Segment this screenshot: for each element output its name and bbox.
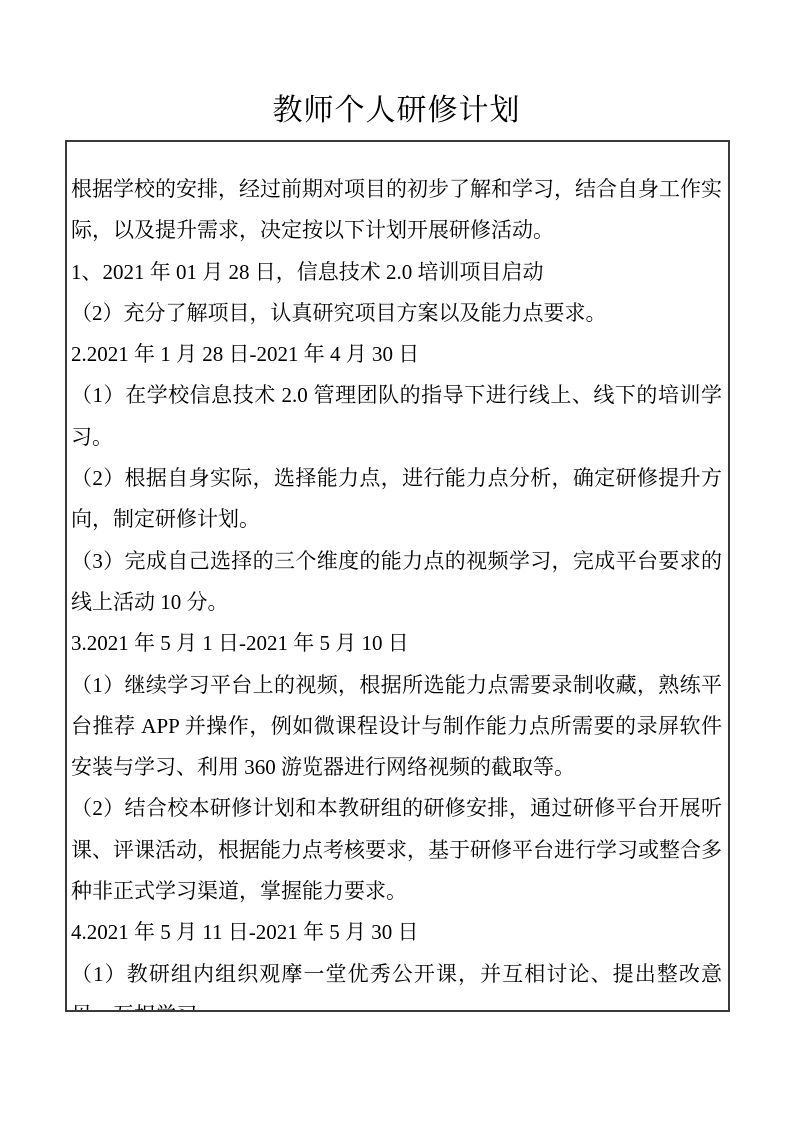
paragraph-5: （1）在学校信息技术 2.0 管理团队的指导下进行线上、线下的培训学习。 [71, 375, 722, 458]
document-title: 教师个人研修计划 [0, 93, 793, 129]
paragraph-7: （3）完成自己选择的三个维度的能力点的视频学习，完成平台要求的线上活动 10 分… [71, 541, 722, 624]
paragraph-6: （2）根据自身实际，选择能力点，进行能力点分析，确定研修提升方向，制定研修计划。 [71, 458, 722, 541]
paragraph-2: 1、2021 年 01 月 28 日，信息技术 2.0 培训项目启动 [71, 252, 722, 293]
paragraph-10: （2）结合校本研修计划和本教研组的研修安排，通过研修平台开展听课、评课活动，根据… [71, 788, 722, 912]
paragraph-3: （2）充分了解项目，认真研究项目方案以及能力点要求。 [71, 293, 722, 334]
paragraph-9: （1）继续学习平台上的视频，根据所选能力点需要录制收藏，熟练平台推荐 APP 并… [71, 665, 722, 789]
paragraph-12: （1）教研组内组织观摩一堂优秀公开课，并互相讨论、提出整改意见，互相学习。 [71, 954, 722, 1012]
document-page: 教师个人研修计划 根据学校的安排，经过前期对项目的初步了解和学习，结合自身工作实… [0, 0, 793, 1122]
paragraph-1: 根据学校的安排，经过前期对项目的初步了解和学习，结合自身工作实际，以及提升需求，… [71, 169, 722, 252]
content-box: 根据学校的安排，经过前期对项目的初步了解和学习，结合自身工作实际，以及提升需求，… [65, 140, 730, 1012]
paragraph-11: 4.2021 年 5 月 11 日-2021 年 5 月 30 日 [71, 912, 722, 953]
paragraph-8: 3.2021 年 5 月 1 日-2021 年 5 月 10 日 [71, 623, 722, 664]
paragraph-4: 2.2021 年 1 月 28 日-2021 年 4 月 30 日 [71, 334, 722, 375]
